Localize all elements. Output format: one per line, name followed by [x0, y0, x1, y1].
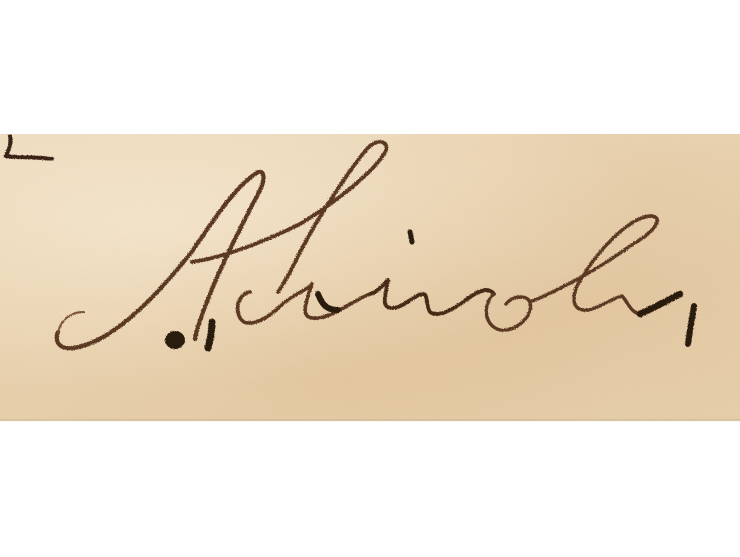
signature-ink [0, 134, 740, 421]
paper-bottom-edge [0, 419, 740, 422]
paper-scrap: A. Lincoln, 2 [0, 134, 740, 421]
paper-grain [0, 134, 740, 421]
